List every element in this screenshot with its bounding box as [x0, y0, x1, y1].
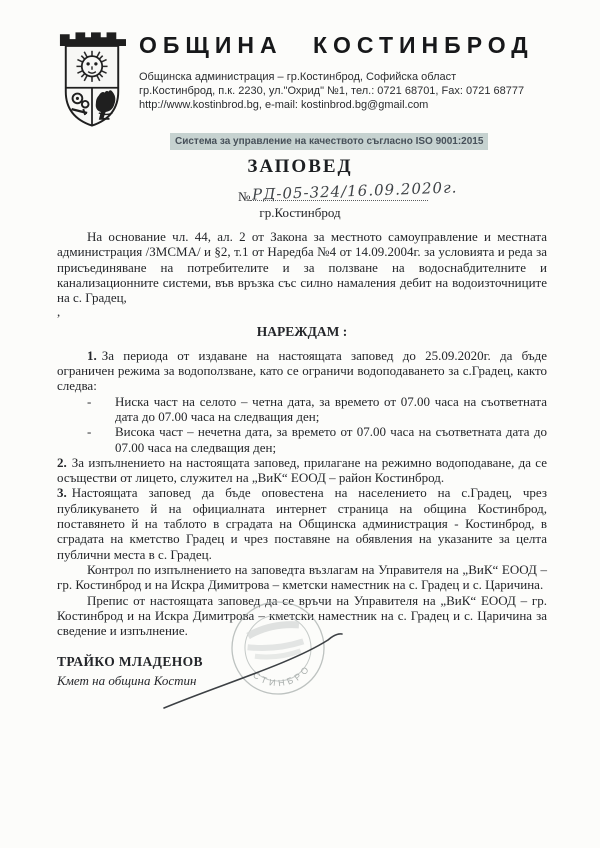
item-3-number: 3.: [57, 485, 72, 500]
signature-stroke: [150, 622, 350, 717]
command-heading: НАРЕЖДАМ :: [57, 324, 547, 339]
bullet-item-2: - Висока част – нечетна дата, за времето…: [87, 424, 547, 455]
item-1-text: За периода от издаване на настоящата зап…: [57, 348, 547, 394]
address-line-1: Общинска администрация – гр.Костинброд, …: [139, 70, 534, 84]
document-title: ЗАПОВЕД: [0, 156, 600, 178]
order-item-3: 3.Настоящата заповед да бъде оповестена …: [57, 485, 547, 561]
scanned-document-page: ОБЩИНА КОСТИНБРОД Общинска администрация…: [0, 0, 600, 848]
iso-quality-banner: Система за управление на качеството съгл…: [170, 133, 488, 150]
address-line-2: гр.Костинброд, п.к. 2230, ул."Охрид" №1,…: [139, 84, 534, 98]
bullet-1-dash: -: [87, 394, 115, 425]
item-2-number: 2.: [57, 455, 72, 470]
item-2-text: За изпълнението на настоящата заповед, п…: [57, 455, 547, 485]
letterhead: ОБЩИНА КОСТИНБРОД Общинска администрация…: [58, 26, 570, 130]
address-line-3: http://www.kostinbrod.bg, e-mail: kostin…: [139, 98, 534, 112]
coat-of-arms-icon: [58, 26, 126, 130]
bullet-2-text: Висока част – нечетна дата, за времето о…: [115, 424, 547, 455]
order-item-1: 1.За периода от издаване на настоящата з…: [57, 348, 547, 394]
order-item-2: 2.За изпълнението на настоящата заповед,…: [57, 455, 547, 486]
preamble-paragraph: На основание чл. 44, ал. 2 от Закона за …: [57, 229, 547, 305]
bullet-2-dash: -: [87, 424, 115, 455]
stray-comma: ,: [57, 305, 547, 319]
bullet-item-1: - Ниска част на селото – четна дата, за …: [87, 394, 547, 425]
document-place: гр.Костинброд: [0, 205, 600, 221]
control-paragraph: Контрол по изпълнението на заповедта въз…: [57, 562, 547, 593]
item-1-number: 1.: [87, 348, 102, 363]
item-3-text: Настоящата заповед да бъде оповестена на…: [57, 485, 547, 561]
org-name: ОБЩИНА КОСТИНБРОД: [139, 32, 534, 59]
bullet-1-text: Ниска част на селото – четна дата, за вр…: [115, 394, 547, 425]
number-prefix: №: [238, 189, 250, 204]
